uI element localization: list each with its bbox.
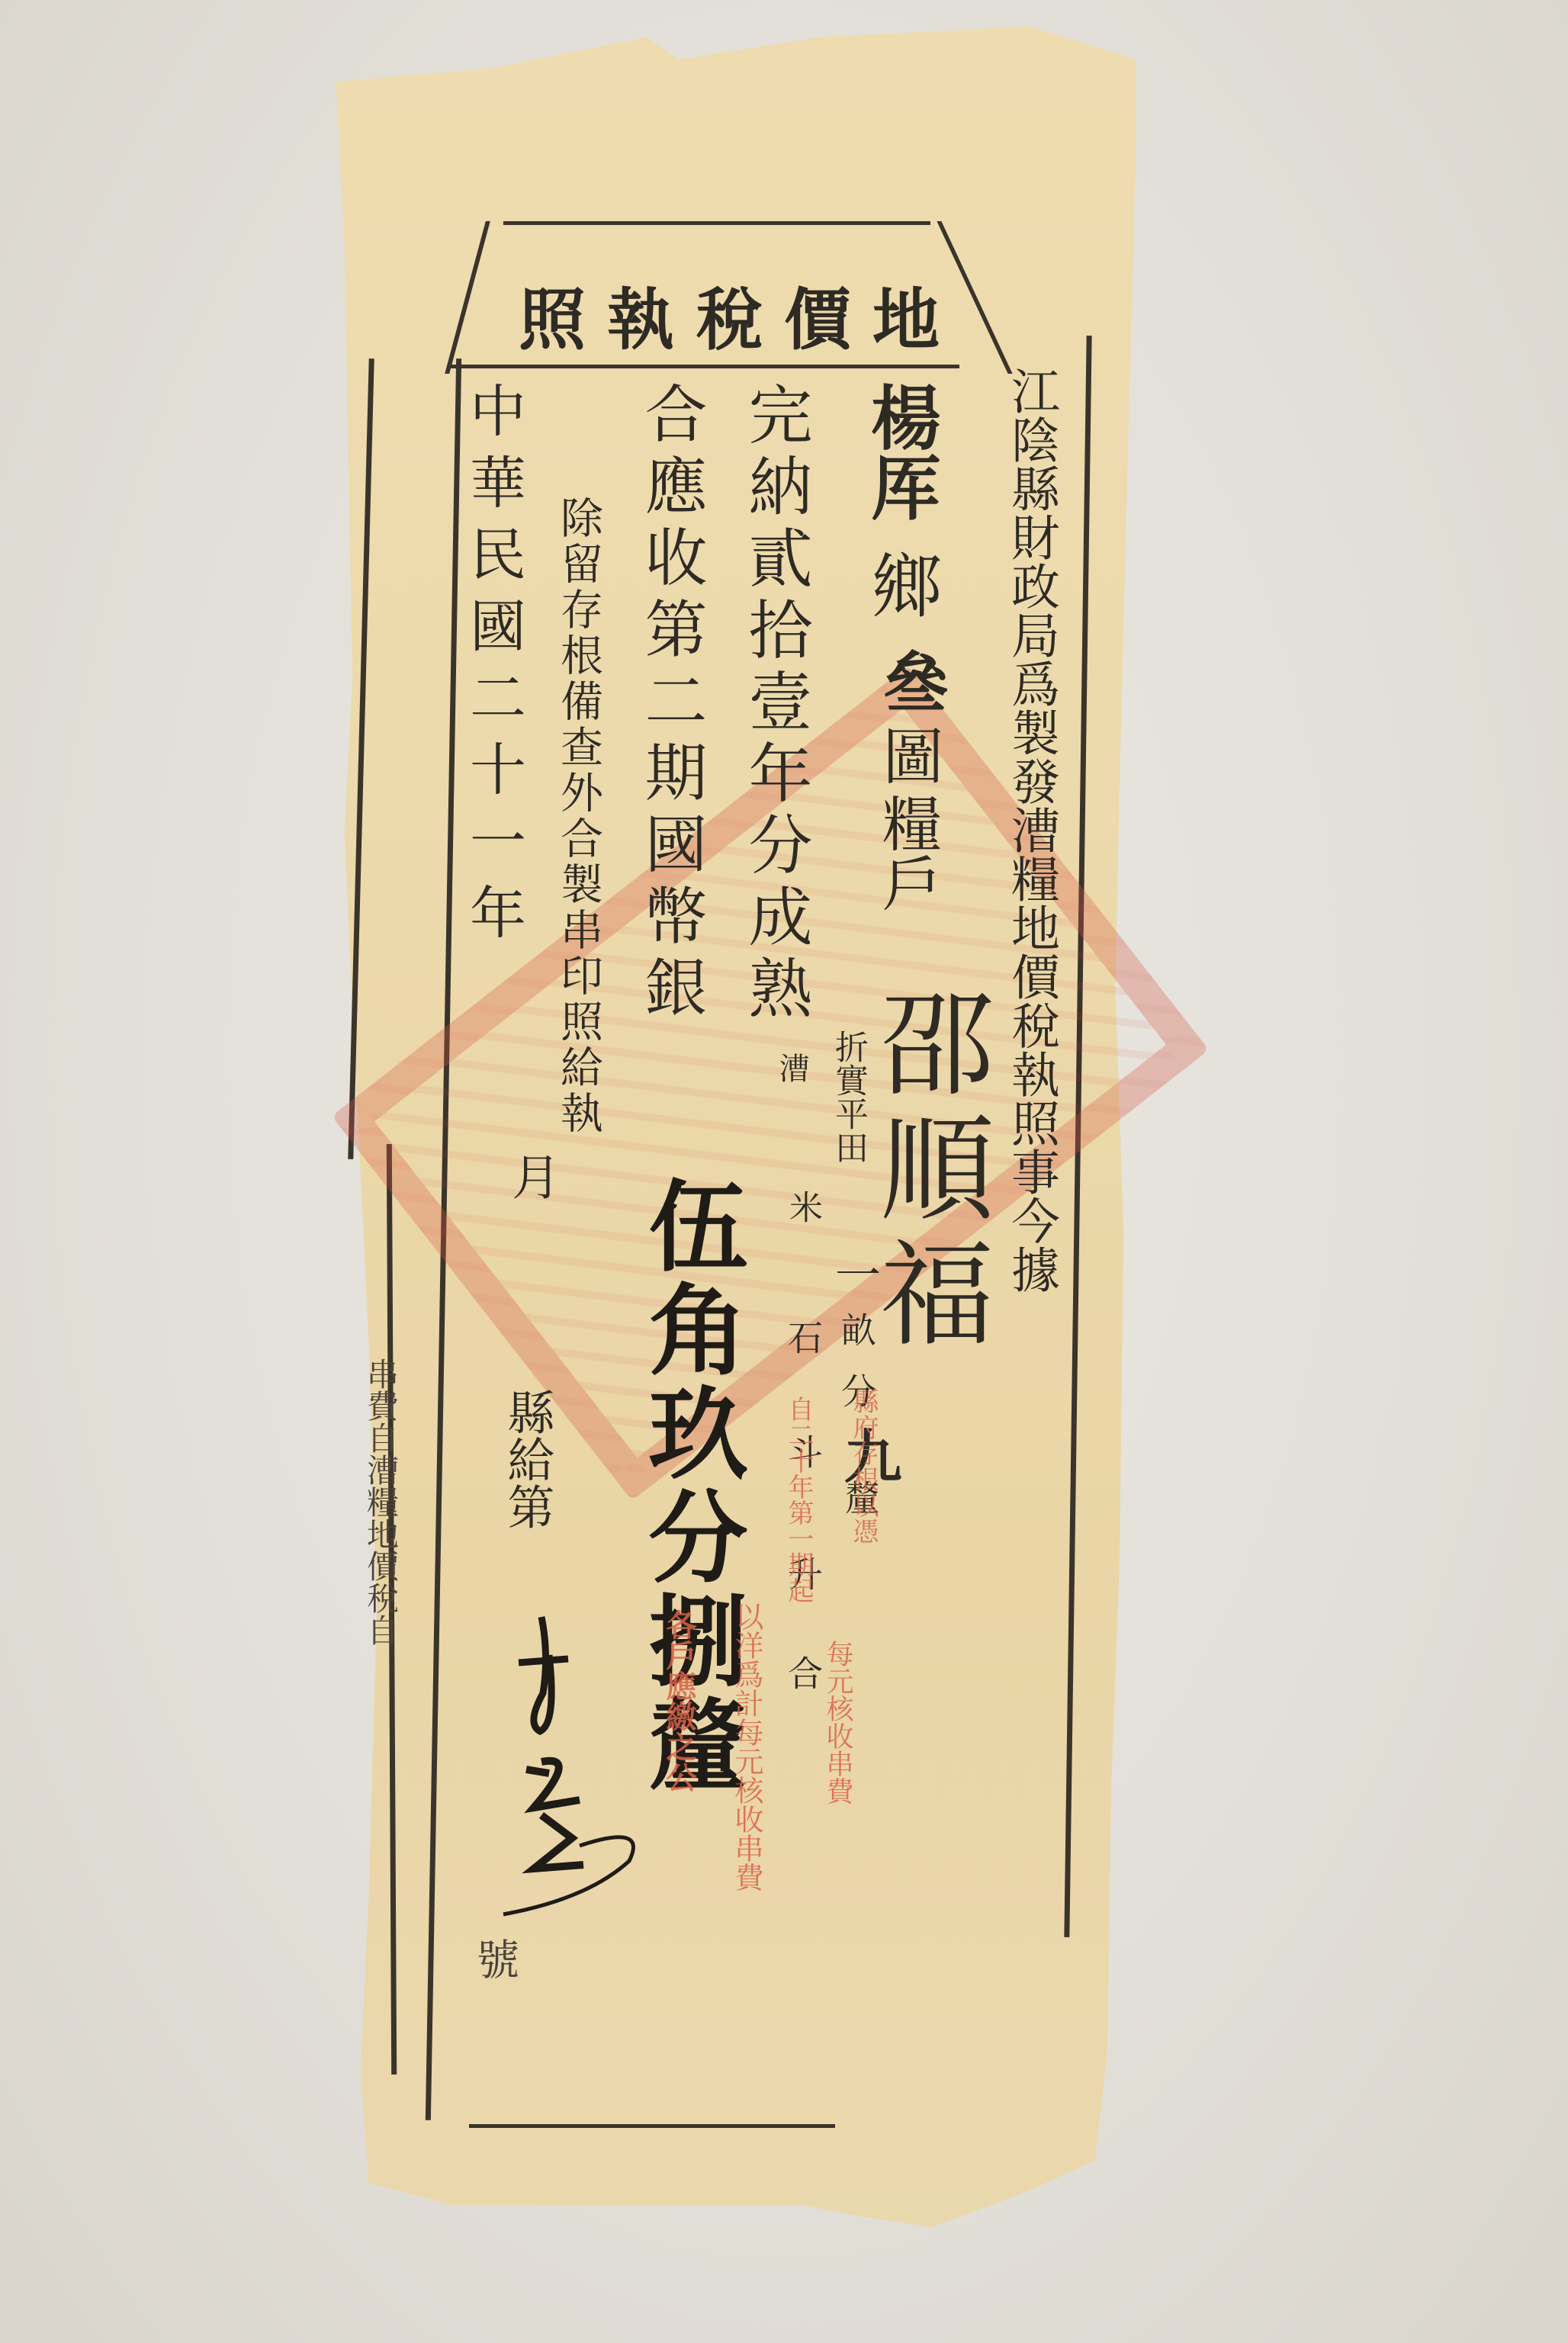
month-label: 月 xyxy=(507,1152,556,1200)
handwritten-signature xyxy=(496,1609,602,1930)
serial-suffix: 號 xyxy=(473,1937,516,1980)
payment-text: 完納貳拾壹年分成熟 xyxy=(744,381,808,1027)
red-stamp-text-5: 各戶應繳之公 xyxy=(664,1609,694,1792)
note-text: 除留存根備查外合製串印照給執 xyxy=(557,496,599,1136)
township-name: 楊厍 xyxy=(866,381,936,522)
unit-ge: 合 xyxy=(786,1655,821,1690)
owner-name: 邵順福 xyxy=(869,984,984,1359)
tu-label: 圖 xyxy=(877,725,938,786)
unit-shi: 石 xyxy=(786,1319,821,1355)
serial-prefix: 縣給第 xyxy=(503,1388,551,1530)
red-stamp-text-1: 縣府存根以憑 xyxy=(850,1388,876,1544)
land-area-mu: 一 xyxy=(831,1251,877,1297)
frame-bottom xyxy=(469,2124,835,2128)
land-area-label: 折實平田 xyxy=(831,1030,865,1164)
household-label: 糧戶 xyxy=(877,793,937,912)
grain-label: 漕 xyxy=(776,1053,807,1083)
mu-unit: 畝 xyxy=(839,1312,874,1347)
tu-number: 叄 xyxy=(877,648,943,714)
red-stamp-text-4: 以洋爲計每元核收串費 xyxy=(732,1602,761,1891)
frame-top xyxy=(503,221,930,225)
red-stamp-text-2: 每元核收串費 xyxy=(824,1640,851,1805)
document-title: 地價稅執照 xyxy=(519,267,961,363)
issuer-column: 江陰縣財政局爲製發漕糧地價稅執照事今據 xyxy=(1007,366,1056,1294)
title-divider xyxy=(448,365,959,368)
stub-partial-text: 串費自漕糧地價稅自 xyxy=(365,1358,397,1646)
amount-due-text: 合應收第二期國幣銀 xyxy=(639,381,702,1027)
red-stamp-text-3: 自二十年第一期起 xyxy=(786,1396,811,1603)
rice-label: 米 xyxy=(786,1190,819,1223)
township-label: 鄉 xyxy=(866,549,936,619)
date-text: 中華民國二十一年 xyxy=(465,381,522,955)
